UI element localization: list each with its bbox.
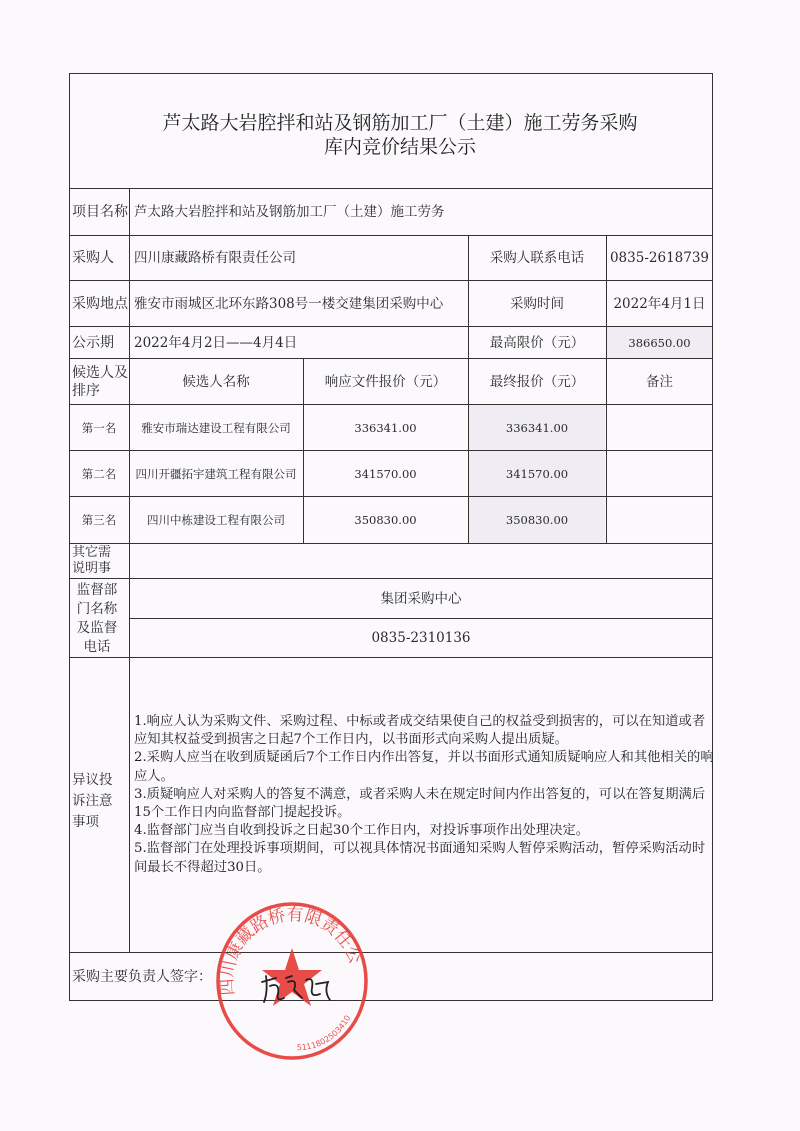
purchaser-value: 四川康藏路桥有限责任公司 [130,236,467,280]
other-notes-label: 其它需说明事 [70,544,120,578]
location-value: 雅安市雨城区北环东路308号一楼交建集团采购中心 [130,281,467,326]
remark-cell [607,451,712,496]
header-final-price: 最终报价（元） [469,359,605,404]
header-remark: 备注 [607,359,712,404]
candidate-name-cell: 四川中栋建设工程有限公司 [130,497,302,543]
complaint-item: 5.监督部门在处理投诉事项期间，可以视具体情况书面通知采购人暂停采购活动，暂停采… [134,840,714,876]
location-label: 采购地点 [70,281,128,326]
complaint-item: 4.监督部门应当自收到投诉之日起30个工作日内，对投诉事项作出处理决定。 [134,822,714,840]
header-candidate-name: 候选人名称 [130,359,302,404]
final-price-cell: 336341.00 [469,405,605,450]
rank-cell: 第三名 [70,497,128,543]
purchaser-phone-value: 0835-2618739 [607,236,712,280]
purchase-time-label: 采购时间 [469,281,605,326]
publicity-value: 2022年4月2日——4月4日 [130,327,467,358]
supervision-label: 监督部门名称及监督电话 [72,580,122,657]
document-title-line2: 库内竞价结果公示 [0,134,800,160]
response-price-cell: 336341.00 [304,405,467,450]
complaint-item: 1.响应人认为采购文件、采购过程、中标或者成交结果使自己的权益受到损害的，可以在… [134,713,714,749]
candidates-section-label: 候选人及排序 [70,359,128,404]
candidate-name-cell: 雅安市瑞达建设工程有限公司 [130,405,302,450]
candidate-name-cell: 四川开疆拓宇建筑工程有限公司 [130,451,302,496]
signature-label: 采购主要负责人签字： [72,953,272,1000]
document-title-line1: 芦太路大岩腔拌和站及钢筋加工厂（土建）施工劳务采购 [0,110,800,136]
supervision-dept: 集团采购中心 [130,579,712,618]
max-price-label: 最高限价（元） [469,327,605,358]
remark-cell [607,405,712,450]
response-price-cell: 350830.00 [304,497,467,543]
other-notes-value [130,544,712,578]
rank-cell: 第二名 [70,451,128,496]
purchaser-label: 采购人 [70,236,128,280]
rank-cell: 第一名 [70,405,128,450]
publicity-label: 公示期 [70,327,128,358]
remark-cell [607,497,712,543]
project-name-value: 芦太路大岩腔拌和站及钢筋加工厂（土建）施工劳务 [130,189,712,235]
grid-line [69,657,713,658]
max-price-value: 386650.00 [607,327,712,358]
project-name-label: 项目名称 [70,189,128,235]
supervision-phone: 0835-2310136 [130,619,712,657]
complaint-label: 异议投诉注意事项 [70,770,120,840]
complaint-item: 3.质疑响应人对采购人的答复不满意，或者采购人未在规定时间内作出答复的，可以在答… [134,786,714,822]
complaint-item: 2.采购人应当在收到质疑函后7个工作日内作出答复，并以书面形式通知质疑响应人和其… [134,749,714,785]
complaint-notes: 1.响应人认为采购文件、采购过程、中标或者成交结果使自己的权益受到损害的，可以在… [131,713,714,877]
final-price-cell: 350830.00 [469,497,605,543]
response-price-cell: 341570.00 [304,451,467,496]
purchaser-phone-label: 采购人联系电话 [469,236,605,280]
svg-text:5111802503410: 5111802503410 [297,1014,353,1053]
final-price-cell: 341570.00 [469,451,605,496]
header-response-price: 响应文件报价（元） [304,359,467,404]
purchase-time-value: 2022年4月1日 [607,281,712,326]
